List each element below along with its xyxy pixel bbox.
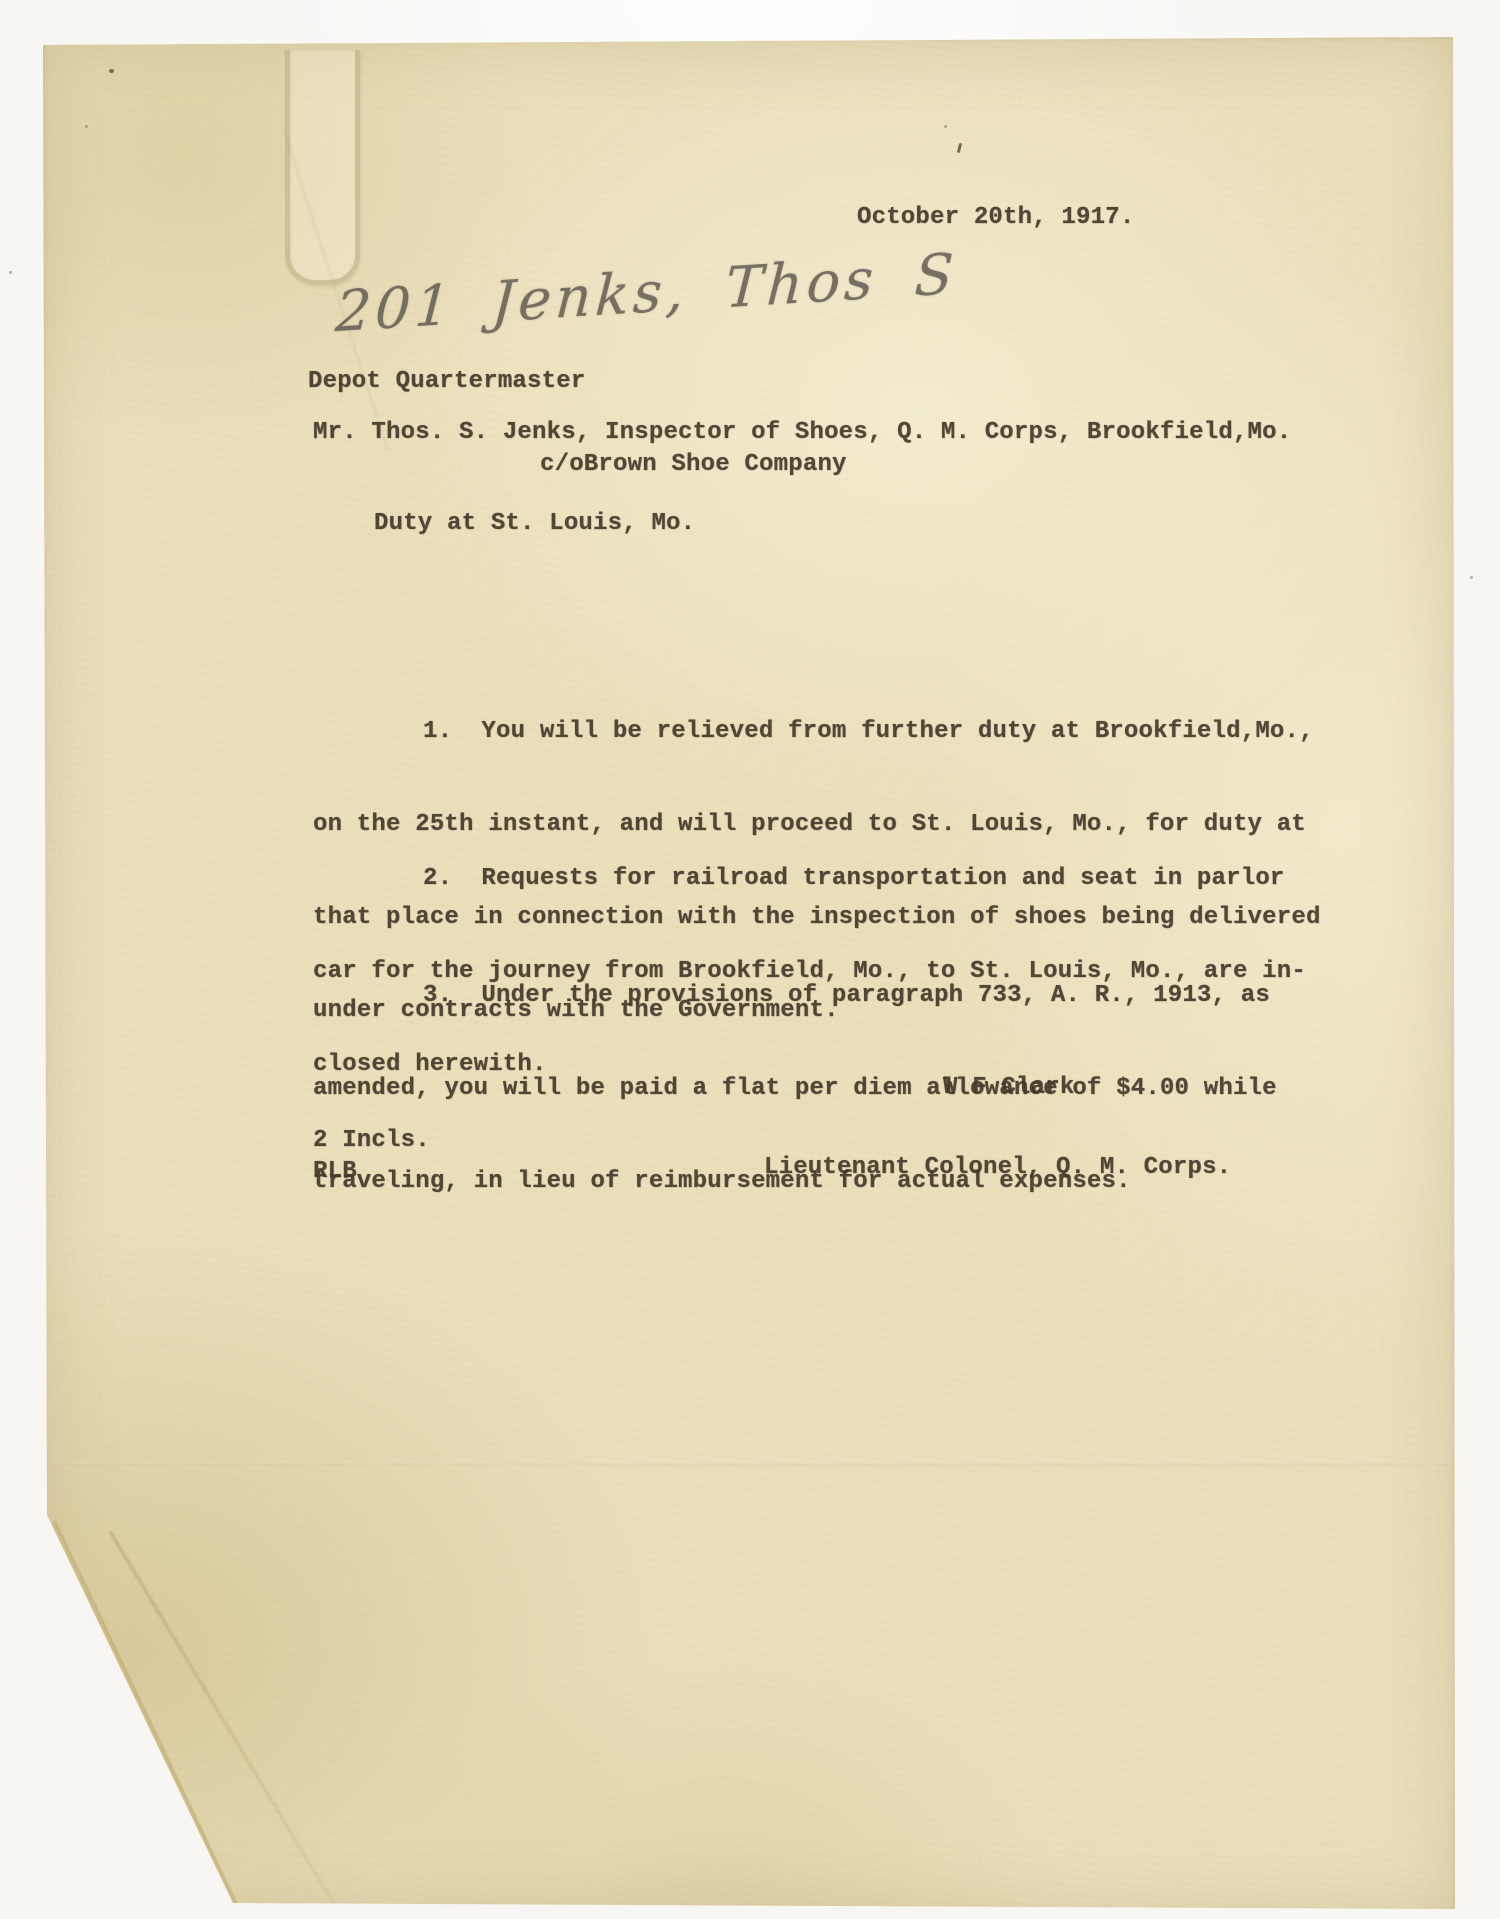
- recipient-line: Mr. Thos. S. Jenks, Inspector of Shoes, …: [313, 417, 1291, 448]
- fold-crease: [48, 1462, 1448, 1465]
- signature-title: Lieutenant Colonel, Q. M. Corps.: [764, 1152, 1231, 1183]
- paragraph-line: 2. Requests for railroad transportation …: [313, 863, 1306, 894]
- paperclip-imprint: [285, 50, 360, 285]
- enclosures-count: 2 Incls.: [313, 1125, 430, 1156]
- office-line: Depot Quartermaster: [308, 366, 585, 397]
- fold-crease: [109, 1531, 341, 1915]
- paragraph-3: 3. Under the provisions of paragraph 733…: [313, 918, 1277, 1259]
- dust-speck: [1470, 576, 1473, 579]
- dust-speck: [9, 271, 12, 274]
- stray-ink-mark: [957, 143, 962, 153]
- signature-name: W F Clark: [943, 1072, 1074, 1103]
- paragraph-line: 1. You will be relieved from further dut…: [313, 716, 1321, 747]
- paragraph-line: 3. Under the provisions of paragraph 733…: [313, 980, 1277, 1011]
- letter-paper: 201 Jenks, Thos S October 20th, 1917. De…: [43, 37, 1455, 1914]
- folded-corner-edge: [48, 1520, 242, 1917]
- ink-speck: [109, 69, 114, 73]
- letter-date: October 20th, 1917.: [857, 202, 1134, 233]
- typist-initials: RLB: [313, 1156, 357, 1187]
- scanned-letter-page: 201 Jenks, Thos S October 20th, 1917. De…: [0, 0, 1500, 1919]
- subject-line: Duty at St. Louis, Mo.: [374, 508, 695, 539]
- care-of-line: c/oBrown Shoe Company: [540, 449, 847, 480]
- paragraph-line: amended, you will be paid a flat per die…: [313, 1073, 1277, 1104]
- handwritten-annotation: 201 Jenks, Thos S: [334, 242, 959, 345]
